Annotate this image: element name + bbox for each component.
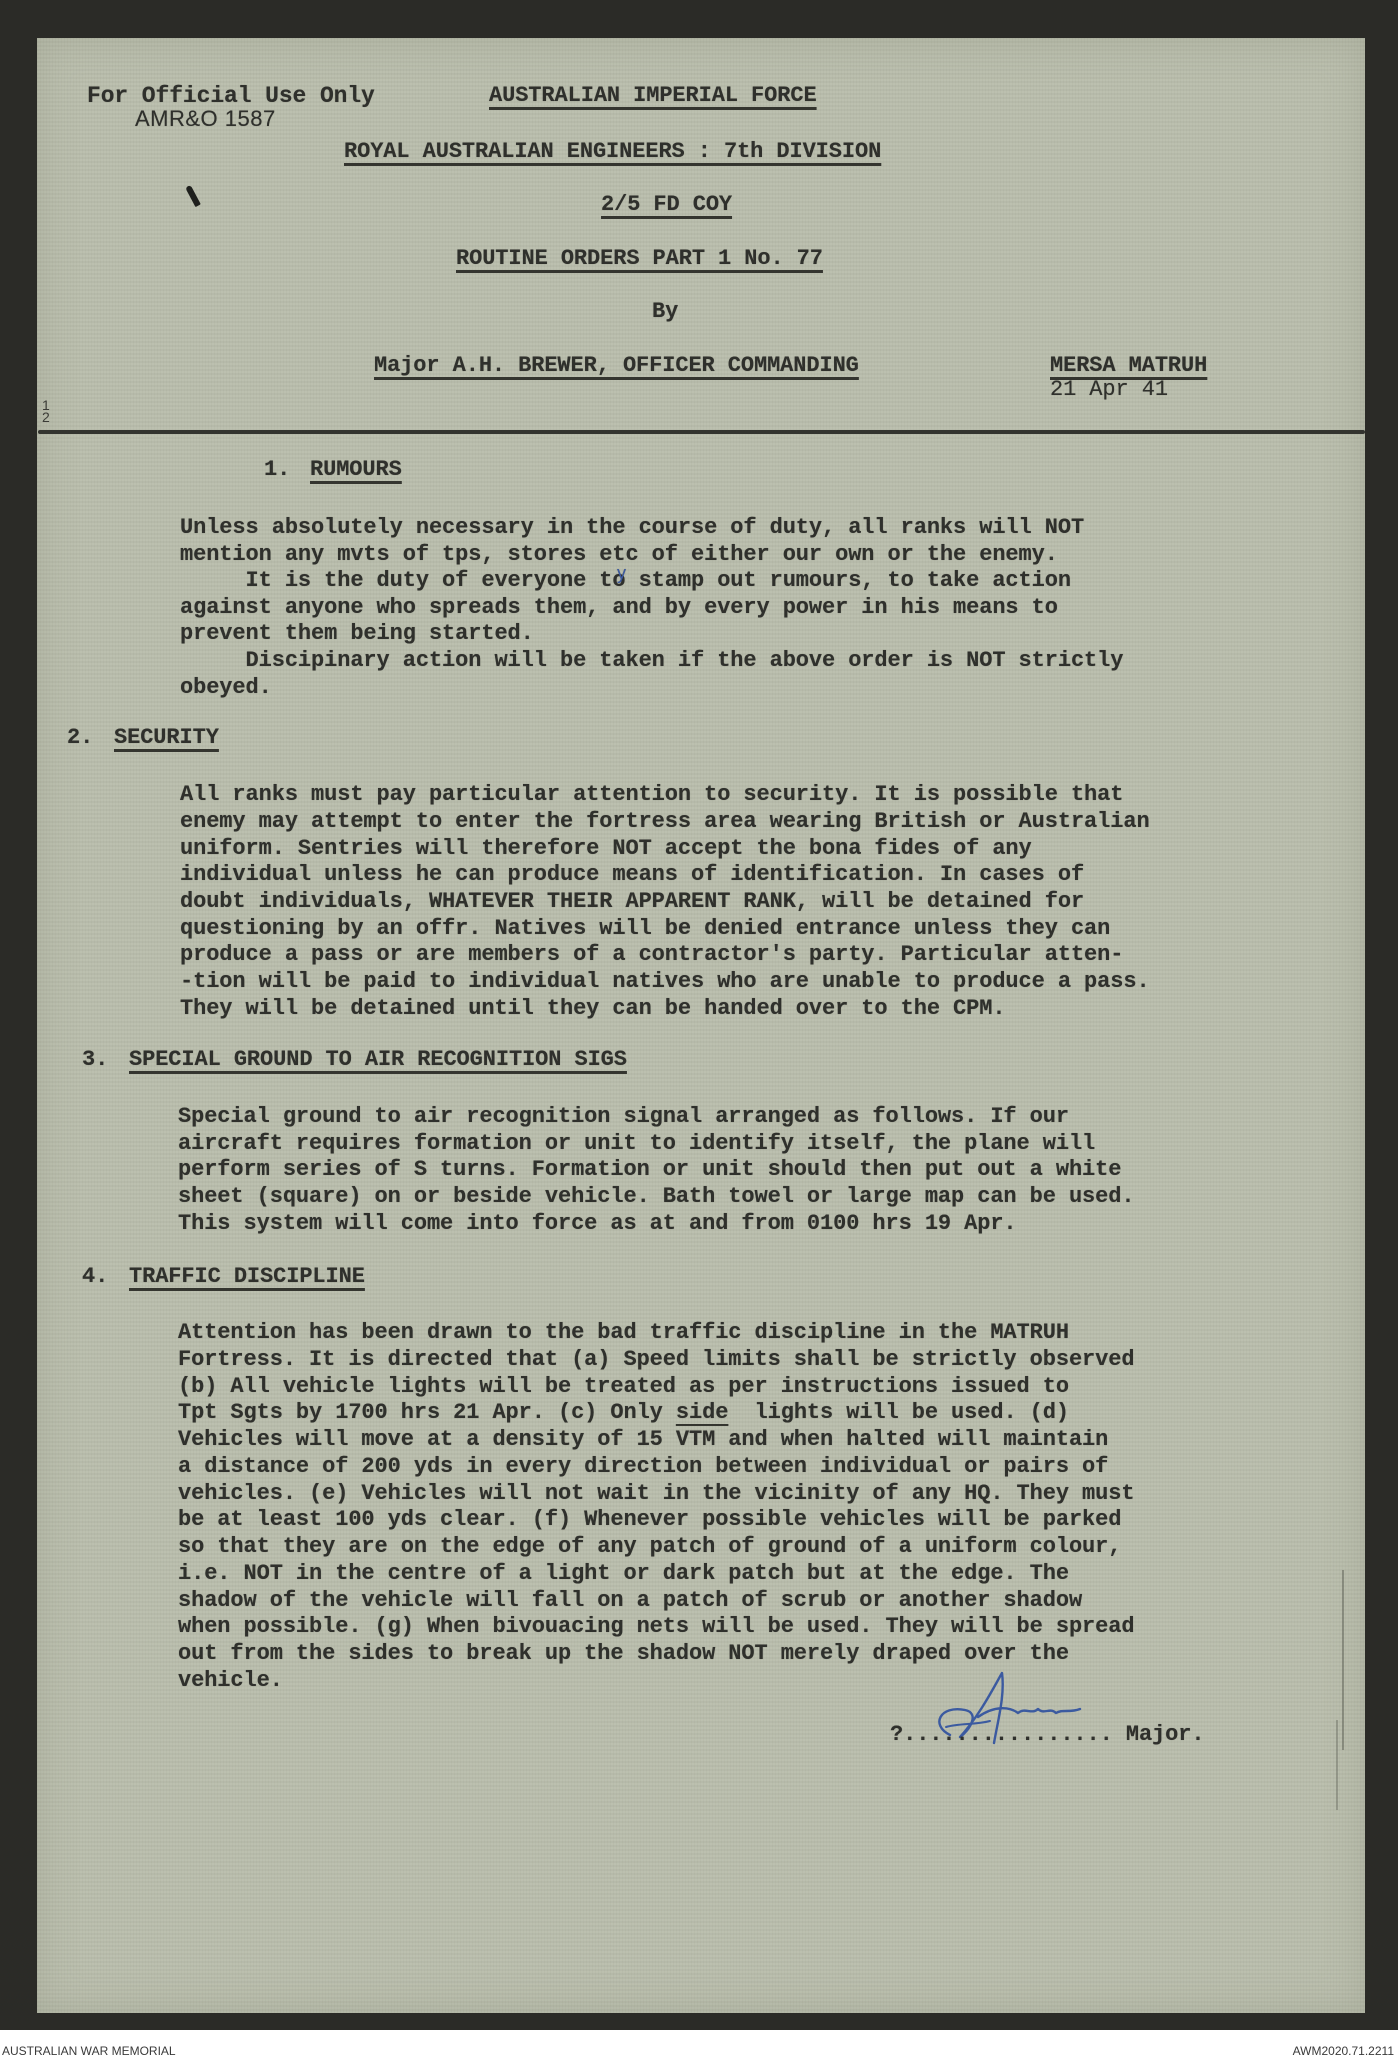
signature-line: ?................ Major.: [890, 1722, 1204, 1749]
margin-fraction-mark: 1 2: [42, 399, 50, 423]
archive-accession-number: AWM2020.71.2211: [1293, 2044, 1394, 2058]
section-2-line: uniform. Sentries will therefore NOT acc…: [180, 836, 1032, 863]
section-1-heading: RUMOURS: [310, 457, 402, 484]
section-4-line: be at least 100 yds clear. (f) Whenever …: [178, 1507, 1121, 1534]
by-label: By: [652, 299, 678, 326]
document-title: ROUTINE ORDERS PART 1 No. 77: [456, 246, 823, 273]
section-4-line: when possible. (g) When bivouacing nets …: [178, 1614, 1134, 1641]
section-4-line: vehicle.: [178, 1668, 283, 1695]
section-4-line: Attention has been drawn to the bad traf…: [178, 1320, 1069, 1347]
section-4-line: Tpt Sgts by 1700 hrs 21 Apr. (c) Only si…: [178, 1400, 1069, 1427]
section-1-line: Unless absolutely necessary in the cours…: [180, 515, 1084, 542]
section-3-heading: SPECIAL GROUND TO AIR RECOGNITION SIGS: [129, 1047, 627, 1074]
section-4-line: shadow of the vehicle will fall on a pat…: [178, 1588, 1082, 1615]
section-4-number: 4.: [82, 1264, 108, 1291]
underlined-word: side: [676, 1400, 728, 1425]
section-3-line: This system will come into force as at a…: [178, 1211, 1017, 1238]
issue-date: 21 Apr 41: [1050, 377, 1168, 404]
paper-crease: [1342, 1570, 1344, 1750]
section-2-heading: SECURITY: [114, 725, 219, 752]
section-2-line: They will be detained until they can be …: [180, 996, 1005, 1023]
section-4-line: so that they are on the edge of any patc…: [178, 1534, 1121, 1561]
section-4-line-start: Tpt Sgts by 1700 hrs 21 Apr. (c) Only: [178, 1400, 676, 1425]
unit-title: 2/5 FD COY: [601, 192, 732, 219]
section-2-line: questioning by an offr. Natives will be …: [180, 916, 1110, 943]
section-3-number: 3.: [82, 1047, 108, 1074]
section-4-line: Vehicles will move at a density of 15 VT…: [178, 1427, 1108, 1454]
section-2-line: -tion will be paid to individual natives…: [180, 969, 1150, 996]
section-1-line: against anyone who spreads them, and by …: [180, 595, 1058, 622]
section-2-line: individual unless he can produce means o…: [180, 862, 1084, 889]
header-divider: [38, 430, 1365, 434]
section-4-line: a distance of 200 yds in every direction…: [178, 1454, 1108, 1481]
force-title: AUSTRALIAN IMPERIAL FORCE: [489, 83, 817, 110]
section-4-line: vehicles. (e) Vehicles will not wait in …: [178, 1481, 1134, 1508]
reference-number: AMR&O 1587: [135, 106, 276, 133]
section-3-line: Special ground to air recognition signal…: [178, 1104, 1069, 1131]
section-2-line: enemy may attempt to enter the fortress …: [180, 809, 1150, 836]
section-4-line: i.e. NOT in the centre of a light or dar…: [178, 1561, 1069, 1588]
paper-crease: [1336, 1720, 1338, 1810]
section-4-heading: TRAFFIC DISCIPLINE: [129, 1264, 365, 1291]
section-4-line-tail: lights will be used. (d): [728, 1400, 1069, 1425]
section-1-number: 1.: [264, 457, 290, 484]
section-3-line: aircraft requires formation or unit to i…: [178, 1131, 1095, 1158]
section-1-line: obeyed.: [180, 675, 272, 702]
section-1-line: Discipinary action will be taken if the …: [180, 648, 1123, 675]
section-1-line: prevent them being started.: [180, 621, 534, 648]
section-4-line: out from the sides to break up the shado…: [178, 1641, 1069, 1668]
commanding-officer: Major A.H. BREWER, OFFICER COMMANDING: [374, 353, 859, 380]
section-2-line: All ranks must pay particular attention …: [180, 782, 1123, 809]
section-4-line: Fortress. It is directed that (a) Speed …: [178, 1347, 1134, 1374]
section-2-line: produce a pass or are members of a contr…: [180, 942, 1123, 969]
section-2-number: 2.: [67, 725, 93, 752]
section-3-line: sheet (square) on or beside vehicle. Bat…: [178, 1184, 1134, 1211]
handwritten-correction: y: [617, 560, 626, 587]
section-4-line: (b) All vehicle lights will be treated a…: [178, 1374, 1069, 1401]
section-3-line: perform series of S turns. Formation or …: [178, 1157, 1121, 1184]
section-2-line: doubt individuals, WHATEVER THEIR APPARE…: [180, 889, 1084, 916]
corps-title: ROYAL AUSTRALIAN ENGINEERS : 7th DIVISIO…: [344, 139, 881, 166]
location: MERSA MATRUH: [1050, 353, 1207, 380]
archive-credit: AUSTRALIAN WAR MEMORIAL: [2, 2044, 176, 2058]
